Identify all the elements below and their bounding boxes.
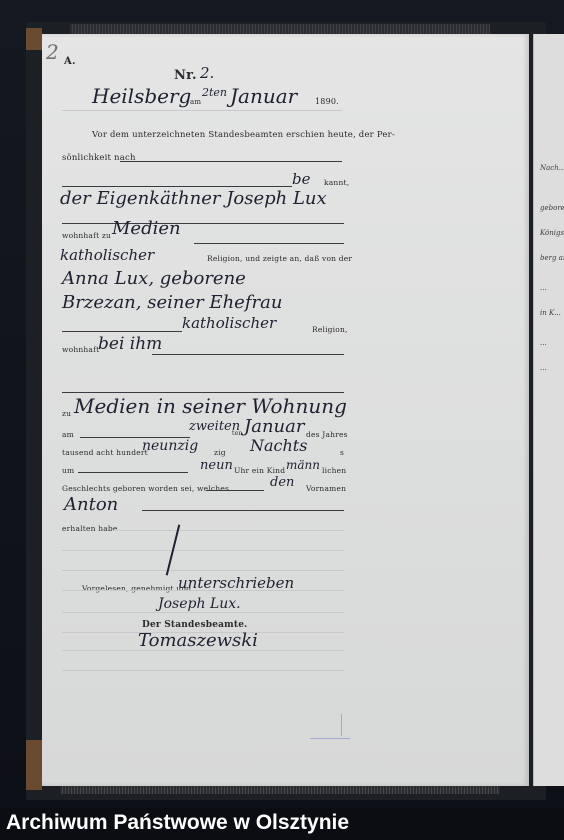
blue-stamp-stroke (341, 714, 342, 736)
residence-handwritten: Medien (112, 218, 181, 239)
born-printed: Geschlechts geboren worden sei, welches (62, 484, 229, 493)
read-label: Vorgelesen, genehmigt und (82, 584, 191, 593)
sex-handwritten: männ (286, 458, 320, 472)
section-letter: A. (64, 56, 76, 67)
religion-2-printed: Religion, (312, 325, 348, 334)
year-comma: s (340, 448, 344, 457)
date-day: 2ten (202, 86, 227, 99)
date-month: Januar (230, 84, 297, 108)
birth-place-handwritten: Medien in seiner Wohnung (74, 394, 347, 418)
binding-top-edge (70, 24, 490, 34)
record-label: Nr. (174, 68, 197, 83)
registrar-label: Der Standesbeamte. (142, 620, 248, 630)
known-printed: kannt, (324, 178, 349, 187)
sex-printed-suffix: lichen (322, 466, 346, 475)
margin-note: in K... (540, 309, 561, 317)
mother-residence-label: wohnhaft (62, 345, 99, 354)
margin-note: Nach... (540, 164, 564, 172)
religion-2-handwritten: katholischer (182, 314, 276, 332)
year-printed: 1890. (315, 97, 339, 106)
forenames-label: Vornamen (306, 484, 346, 493)
place-handwritten: Heilsberg (92, 84, 191, 108)
mother-residence-handwritten: bei ihm (98, 334, 162, 354)
margin-note: ... (540, 339, 547, 347)
year-words-zig: zig (214, 448, 226, 457)
intro-line-1: Vor dem unterzeichneten Standesbeamten e… (92, 130, 395, 140)
year-words-printed: tausend acht hundert (62, 448, 148, 457)
name-given-handwritten: den (270, 475, 294, 490)
informant-signature: Joseph Lux. (158, 596, 241, 612)
hour-handwritten: neun (200, 458, 233, 473)
birth-day-label: am (62, 430, 74, 439)
date-am-label: am (190, 98, 201, 106)
religion-1-handwritten: katholischer (60, 246, 154, 264)
margin-note: berg am (540, 254, 564, 262)
registrar-signature: Tomaszewski (138, 630, 258, 651)
margin-note: Königs... (540, 229, 564, 237)
hour-printed: Uhr ein Kind (234, 466, 285, 475)
margin-note: geboren (540, 204, 564, 212)
year-words-handwritten-2: Nachts (250, 436, 307, 455)
birth-year-label: des Jahres (306, 430, 348, 439)
birth-place-label: zu (62, 409, 71, 418)
child-name-handwritten: Anton (64, 494, 118, 515)
mother-line-1: Anna Lux, geborene (62, 268, 246, 289)
received-label: erhalten habe (62, 524, 118, 533)
mother-line-2: Brzezan, seiner Ehefrau (62, 292, 282, 313)
known-handwritten: be (292, 170, 310, 188)
margin-note: ... (540, 284, 547, 292)
record-page: 2 A. Nr. 2. Heilsberg am 2ten Januar 189… (42, 34, 529, 786)
birth-month-handwritten: Januar (244, 416, 304, 437)
informant-handwritten: der Eigenkäthner Joseph Lux (60, 188, 327, 209)
year-words-handwritten-1: neunzig (142, 438, 198, 454)
page-number-pencil: 2 (46, 40, 59, 64)
record-number: 2. (200, 64, 214, 82)
blue-stamp-mark (310, 724, 350, 739)
birth-month-label: ten (232, 430, 242, 437)
religion-1-printed: Religion, und zeigte an, daß von der (207, 254, 352, 263)
hour-label: um (62, 466, 74, 475)
facing-page: Nach... geboren Königs... berg am ... in… (533, 34, 564, 786)
residence-label: wohnhaft zu (62, 231, 111, 240)
leather-corner-top-left (26, 28, 42, 50)
margin-note: ... (540, 364, 547, 372)
archive-name: Archiwum Państwowe w Olsztynie (6, 811, 349, 835)
binding-bottom-edge (60, 786, 500, 794)
leather-corner-bottom-left (26, 740, 42, 790)
